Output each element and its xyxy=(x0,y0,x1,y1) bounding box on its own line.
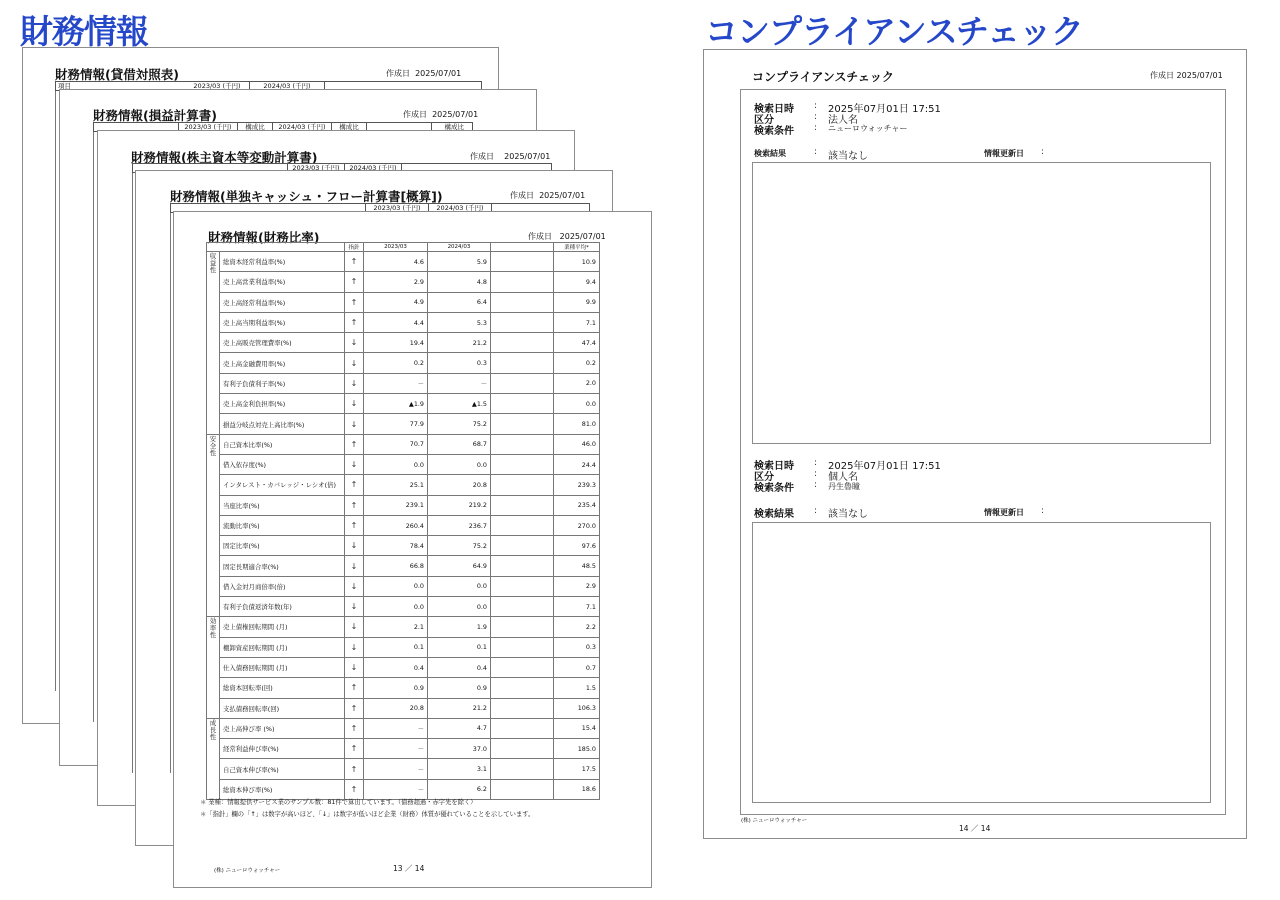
blank-cell xyxy=(491,597,554,617)
indicator-cell: ↓ xyxy=(345,394,364,414)
industry-average-cell: 81.0 xyxy=(554,414,600,434)
item-cell: 棚卸資産回転期間 (月) xyxy=(220,637,345,657)
industry-average-cell: 24.4 xyxy=(554,454,600,474)
blank-cell xyxy=(491,292,554,312)
item-cell: 固定長期適合率(%) xyxy=(220,556,345,576)
indicator-cell: ↑ xyxy=(345,759,364,779)
blank-cell xyxy=(491,515,554,535)
category-cell: 安全性 xyxy=(207,434,220,617)
blank-cell xyxy=(491,759,554,779)
item-cell: 流動比率(%) xyxy=(220,515,345,535)
industry-average-cell: 48.5 xyxy=(554,556,600,576)
table-row: 固定長期適合率(%)↓66.864.948.5 xyxy=(207,556,600,576)
table-row: 売上高当期利益率(%)↑4.45.37.1 xyxy=(207,312,600,332)
page-number: 13 ／ 14 xyxy=(393,863,424,874)
search-result-label: 検索結果 xyxy=(754,148,786,159)
colon: : xyxy=(814,480,817,490)
table-row: 売上高販売管理費率(%)↓19.421.247.4 xyxy=(207,333,600,353)
page-title: コンプライアンスチェック xyxy=(752,68,894,85)
blank-cell xyxy=(491,637,554,657)
item-cell: 売上高金利負担率(%) xyxy=(220,394,345,414)
industry-average-cell: 0.7 xyxy=(554,657,600,677)
value-2023-cell: 77.9 xyxy=(364,414,428,434)
created-date: 作成日 2025/07/01 xyxy=(510,190,585,201)
footer-company: (株) ニューロウォッチャー xyxy=(741,816,807,824)
item-cell: 売上高金融費用率(%) xyxy=(220,353,345,373)
value-2023-cell: 0.2 xyxy=(364,353,428,373)
indicator-cell: ↓ xyxy=(345,373,364,393)
value-2023-cell: 0.0 xyxy=(364,597,428,617)
item-cell: 売上高伸び率 (%) xyxy=(220,718,345,738)
industry-average-cell: 1.5 xyxy=(554,678,600,698)
industry-average-cell: 0.2 xyxy=(554,353,600,373)
item-cell: 総資本回転率(回) xyxy=(220,678,345,698)
colon: : xyxy=(814,469,817,479)
value-2023-cell: 0.4 xyxy=(364,657,428,677)
header-industry-average: 業種平均* xyxy=(554,243,600,252)
table-row: インタレスト・カバレッジ・レシオ(倍)↑25.120.8239.3 xyxy=(207,475,600,495)
indicator-cell: ↓ xyxy=(345,353,364,373)
indicator-cell: ↓ xyxy=(345,556,364,576)
table-row: 借入依存度(%)↓0.00.024.4 xyxy=(207,454,600,474)
item-cell: 有利子負債利子率(%) xyxy=(220,373,345,393)
item-cell: 当座比率(%) xyxy=(220,495,345,515)
value-2023-cell: 4.9 xyxy=(364,292,428,312)
footer-company: (株) ニューロウォッチャー xyxy=(214,866,280,874)
value-2024-cell: 0.0 xyxy=(428,576,491,596)
colon: : xyxy=(814,112,817,122)
blank-cell xyxy=(491,556,554,576)
value-2023-cell: － xyxy=(364,739,428,759)
value-2024-cell: 6.4 xyxy=(428,292,491,312)
value-2023-cell: 70.7 xyxy=(364,434,428,454)
value-2024-cell: 3.1 xyxy=(428,759,491,779)
item-cell: 売上高営業利益率(%) xyxy=(220,272,345,292)
value-2024-cell: 4.7 xyxy=(428,718,491,738)
table-row: 有利子負債返済年数(年)↓0.00.07.1 xyxy=(207,597,600,617)
indicator-cell: ↑ xyxy=(345,718,364,738)
item-cell: 自己資本伸び率(%) xyxy=(220,759,345,779)
industry-average-cell: 9.4 xyxy=(554,272,600,292)
indicator-cell: ↑ xyxy=(345,678,364,698)
blank-cell xyxy=(491,739,554,759)
industry-average-cell: 46.0 xyxy=(554,434,600,454)
industry-average-cell: 7.1 xyxy=(554,312,600,332)
blank-cell xyxy=(491,454,554,474)
table-row: 総資本回転率(回)↑0.90.91.5 xyxy=(207,678,600,698)
search-condition-value: ニューロウォッチャー xyxy=(828,123,907,134)
value-2023-cell: 260.4 xyxy=(364,515,428,535)
table-header-row: 指針 2023/03 2024/03 業種平均* xyxy=(207,243,600,252)
blank-cell xyxy=(491,657,554,677)
table-row: 収益性総資本経常利益率(%)↑4.65.910.9 xyxy=(207,252,600,272)
industry-average-cell: 17.5 xyxy=(554,759,600,779)
blank-cell xyxy=(491,779,554,799)
indicator-cell: ↑ xyxy=(345,698,364,718)
indicator-cell: ↑ xyxy=(345,515,364,535)
table-row: 売上高経常利益率(%)↑4.96.49.9 xyxy=(207,292,600,312)
value-2023-cell: 0.0 xyxy=(364,576,428,596)
indicator-cell: ↑ xyxy=(345,292,364,312)
header-blank xyxy=(491,243,554,252)
indicator-cell: ↓ xyxy=(345,414,364,434)
table-row: 売上高金融費用率(%)↓0.20.30.2 xyxy=(207,353,600,373)
item-cell: 売上高販売管理費率(%) xyxy=(220,333,345,353)
indicator-cell: ↑ xyxy=(345,252,364,272)
value-2024-cell: 0.9 xyxy=(428,678,491,698)
item-cell: 売上高当期利益率(%) xyxy=(220,312,345,332)
blank-cell xyxy=(491,495,554,515)
compliance-check-heading: コンプライアンスチェック xyxy=(705,6,1083,53)
industry-average-cell: 235.4 xyxy=(554,495,600,515)
value-2023-cell: 66.8 xyxy=(364,556,428,576)
colon: : xyxy=(814,458,817,468)
value-2023-cell: 19.4 xyxy=(364,333,428,353)
value-2024-cell: 21.2 xyxy=(428,698,491,718)
value-2023-cell: － xyxy=(364,759,428,779)
value-2024-cell: 75.2 xyxy=(428,536,491,556)
item-cell: 固定比率(%) xyxy=(220,536,345,556)
blank-cell xyxy=(491,252,554,272)
value-2023-cell: ▲1.9 xyxy=(364,394,428,414)
table-row: 安全性自己資本比率(%)↑70.768.746.0 xyxy=(207,434,600,454)
financial-info-heading: 財務情報 xyxy=(20,6,148,53)
value-2024-cell: － xyxy=(428,373,491,393)
table-row: 経常利益伸び率(%)↑－37.0185.0 xyxy=(207,739,600,759)
blank-cell xyxy=(491,272,554,292)
value-2024-cell: 20.8 xyxy=(428,475,491,495)
category-cell: 効率性 xyxy=(207,617,220,718)
header-item xyxy=(207,243,345,252)
table-row: 自己資本伸び率(%)↑－3.117.5 xyxy=(207,759,600,779)
item-cell: インタレスト・カバレッジ・レシオ(倍) xyxy=(220,475,345,495)
indicator-cell: ↑ xyxy=(345,495,364,515)
header-2023: 2023/03 xyxy=(364,243,428,252)
value-2024-cell: 37.0 xyxy=(428,739,491,759)
value-2023-cell: 4.6 xyxy=(364,252,428,272)
blank-cell xyxy=(491,576,554,596)
industry-average-cell: 270.0 xyxy=(554,515,600,535)
item-cell: 借入依存度(%) xyxy=(220,454,345,474)
indicator-cell: ↓ xyxy=(345,617,364,637)
item-cell: 自己資本比率(%) xyxy=(220,434,345,454)
item-cell: 総資本経常利益率(%) xyxy=(220,252,345,272)
table-row: 棚卸資産回転期間 (月)↓0.10.10.3 xyxy=(207,637,600,657)
indicator-cell: ↓ xyxy=(345,536,364,556)
search-result-value: 該当なし xyxy=(828,505,868,520)
search-result-label: 検索結果 xyxy=(754,505,794,520)
indicator-cell: ↑ xyxy=(345,475,364,495)
table-row: 流動比率(%)↑260.4236.7270.0 xyxy=(207,515,600,535)
info-updated-label: 情報更新日 xyxy=(984,507,1024,518)
value-2023-cell: 0.1 xyxy=(364,637,428,657)
industry-average-cell: 47.4 xyxy=(554,333,600,353)
item-cell: 売上高経常利益率(%) xyxy=(220,292,345,312)
indicator-cell: ↑ xyxy=(345,739,364,759)
value-2023-cell: 4.4 xyxy=(364,312,428,332)
search-result-value: 該当なし xyxy=(828,147,868,162)
table-row: 売上高営業利益率(%)↑2.94.89.4 xyxy=(207,272,600,292)
blank-cell xyxy=(491,617,554,637)
value-2024-cell: 75.2 xyxy=(428,414,491,434)
created-date: 作成日 2025/07/01 xyxy=(528,231,606,242)
indicator-cell: ↓ xyxy=(345,657,364,677)
industry-average-cell: 2.9 xyxy=(554,576,600,596)
blank-cell xyxy=(491,333,554,353)
blank-cell xyxy=(491,394,554,414)
header-indicator: 指針 xyxy=(345,243,364,252)
value-2024-cell: 4.8 xyxy=(428,272,491,292)
industry-average-cell: 97.6 xyxy=(554,536,600,556)
value-2024-cell: 64.9 xyxy=(428,556,491,576)
value-2023-cell: － xyxy=(364,373,428,393)
value-2023-cell: 239.1 xyxy=(364,495,428,515)
value-2024-cell: 0.4 xyxy=(428,657,491,677)
industry-average-cell: 239.3 xyxy=(554,475,600,495)
table-row: 借入金対月商倍率(倍)↓0.00.02.9 xyxy=(207,576,600,596)
indicator-cell: ↑ xyxy=(345,434,364,454)
colon: : xyxy=(1041,147,1044,157)
footnote-sample: ＊ 業種：情報提供サービス業のサンプル数：81件で算出しています。（債務超過・赤… xyxy=(200,797,477,806)
indicator-cell: ↓ xyxy=(345,637,364,657)
value-2024-cell: 0.3 xyxy=(428,353,491,373)
table-row: 固定比率(%)↓78.475.297.6 xyxy=(207,536,600,556)
blank-cell xyxy=(491,434,554,454)
item-cell: 支払債務回転率(回) xyxy=(220,698,345,718)
info-updated-label: 情報更新日 xyxy=(984,148,1024,159)
created-date: 作成日 2025/07/01 xyxy=(403,109,478,120)
header-2024: 2024/03 xyxy=(428,243,491,252)
value-2023-cell: 2.9 xyxy=(364,272,428,292)
colon: : xyxy=(814,101,817,111)
blank-cell xyxy=(491,353,554,373)
page-compliance-check[interactable]: コンプライアンスチェック 作成日 2025/07/01 検索日時 : 2025年… xyxy=(703,49,1247,839)
colon: : xyxy=(814,506,817,516)
table-row: 効率性売上債権回転期間 (月)↓2.11.92.2 xyxy=(207,617,600,637)
indicator-cell: ↓ xyxy=(345,576,364,596)
table-row: 有利子負債利子率(%)↓－－2.0 xyxy=(207,373,600,393)
industry-average-cell: 15.4 xyxy=(554,718,600,738)
value-2024-cell: 219.2 xyxy=(428,495,491,515)
blank-cell xyxy=(491,312,554,332)
industry-average-cell: 18.6 xyxy=(554,779,600,799)
item-cell: 売上債権回転期間 (月) xyxy=(220,617,345,637)
industry-average-cell: 185.0 xyxy=(554,739,600,759)
industry-average-cell: 2.2 xyxy=(554,617,600,637)
blank-cell xyxy=(491,475,554,495)
item-cell: 借入金対月商倍率(倍) xyxy=(220,576,345,596)
indicator-cell: ↓ xyxy=(345,333,364,353)
industry-average-cell: 106.3 xyxy=(554,698,600,718)
value-2023-cell: 20.8 xyxy=(364,698,428,718)
industry-average-cell: 0.3 xyxy=(554,637,600,657)
industry-average-cell: 7.1 xyxy=(554,597,600,617)
value-2024-cell: 0.0 xyxy=(428,597,491,617)
blank-cell xyxy=(491,536,554,556)
industry-average-cell: 0.0 xyxy=(554,394,600,414)
blank-cell xyxy=(491,414,554,434)
value-2024-cell: 1.9 xyxy=(428,617,491,637)
item-cell: 損益分岐点対売上高比率(%) xyxy=(220,414,345,434)
financial-ratio-table: 指針 2023/03 2024/03 業種平均* 収益性総資本経常利益率(%)↑… xyxy=(206,242,600,800)
indicator-cell: ↑ xyxy=(345,272,364,292)
category-cell: 成長性 xyxy=(207,718,220,799)
table-row: 売上高金利負担率(%)↓▲1.9▲1.50.0 xyxy=(207,394,600,414)
created-date: 作成日 2025/07/01 xyxy=(1150,70,1223,81)
indicator-cell: ↓ xyxy=(345,454,364,474)
industry-average-cell: 9.9 xyxy=(554,292,600,312)
indicator-cell: ↓ xyxy=(345,597,364,617)
value-2024-cell: 21.2 xyxy=(428,333,491,353)
blank-cell xyxy=(491,698,554,718)
footnote-indicator: ＊「指針」欄の「↑」は数字が高いほど、「↓」は数字が低いほど企業（財務）体質が優… xyxy=(200,809,534,818)
value-2024-cell: 5.3 xyxy=(428,312,491,332)
search-result-box xyxy=(752,162,1211,444)
value-2023-cell: 2.1 xyxy=(364,617,428,637)
search-condition-label: 検索条件 xyxy=(754,479,794,494)
item-cell: 仕入債務回転期間 (月) xyxy=(220,657,345,677)
table-row: 当座比率(%)↑239.1219.2235.4 xyxy=(207,495,600,515)
blank-cell xyxy=(491,718,554,738)
value-2023-cell: 78.4 xyxy=(364,536,428,556)
blank-cell xyxy=(491,373,554,393)
value-2024-cell: ▲1.5 xyxy=(428,394,491,414)
colon: : xyxy=(814,123,817,133)
page-number: 14 ／ 14 xyxy=(959,823,990,834)
table-row: 損益分岐点対売上高比率(%)↓77.975.281.0 xyxy=(207,414,600,434)
table-row: 支払債務回転率(回)↑20.821.2106.3 xyxy=(207,698,600,718)
value-2024-cell: 0.0 xyxy=(428,454,491,474)
item-cell: 経常利益伸び率(%) xyxy=(220,739,345,759)
value-2023-cell: 0.0 xyxy=(364,454,428,474)
industry-average-cell: 10.9 xyxy=(554,252,600,272)
industry-average-cell: 2.0 xyxy=(554,373,600,393)
value-2024-cell: 236.7 xyxy=(428,515,491,535)
item-cell: 有利子負債返済年数(年) xyxy=(220,597,345,617)
value-2023-cell: 0.9 xyxy=(364,678,428,698)
value-2024-cell: 0.1 xyxy=(428,637,491,657)
category-cell: 収益性 xyxy=(207,252,220,435)
colon: : xyxy=(1041,506,1044,516)
search-condition-label: 検索条件 xyxy=(754,122,794,137)
search-condition-value: 丹生魯瞳 xyxy=(828,481,860,492)
search-result-box xyxy=(752,522,1211,803)
value-2024-cell: 68.7 xyxy=(428,434,491,454)
value-2023-cell: － xyxy=(364,718,428,738)
value-2024-cell: 5.9 xyxy=(428,252,491,272)
created-date: 作成日 2025/07/01 xyxy=(470,151,550,162)
table-row: 成長性売上高伸び率 (%)↑－4.715.4 xyxy=(207,718,600,738)
created-date: 作成日 2025/07/01 xyxy=(386,68,461,79)
table-row: 仕入債務回転期間 (月)↓0.40.40.7 xyxy=(207,657,600,677)
colon: : xyxy=(814,147,817,157)
indicator-cell: ↑ xyxy=(345,312,364,332)
value-2023-cell: 25.1 xyxy=(364,475,428,495)
blank-cell xyxy=(491,678,554,698)
